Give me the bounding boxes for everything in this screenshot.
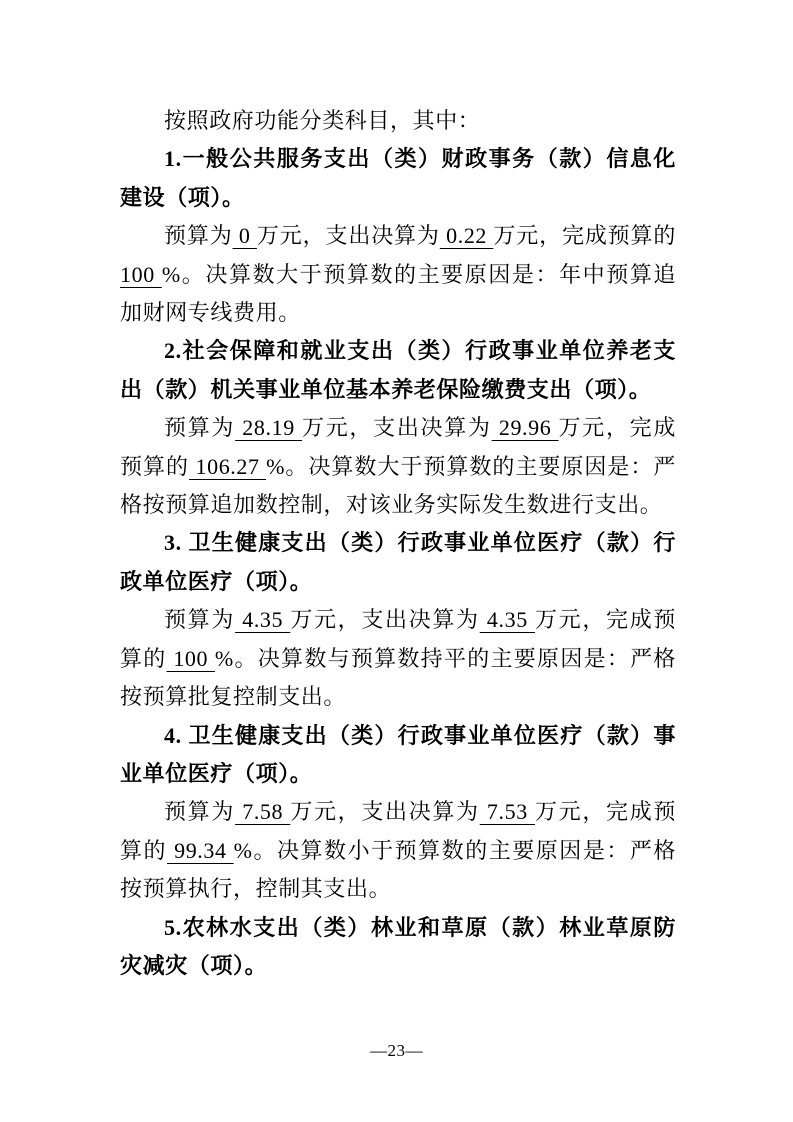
page-number: —23— — [0, 1041, 793, 1061]
text-segment: 万元，支出决算为 — [257, 223, 440, 248]
underlined-value: 7.53 — [480, 799, 535, 824]
underlined-value: 100 — [120, 262, 162, 287]
section-4-paragraph: 预算为 7.58 万元，支出决算为 7.53 万元，完成预算的 99.34 %。… — [120, 793, 676, 908]
text-segment: 预算为 — [164, 415, 235, 440]
text-segment: 预算为 — [164, 799, 235, 824]
underlined-value: 99.34 — [167, 838, 234, 863]
underlined-value: 0.22 — [440, 223, 494, 248]
text-segment: 万元，完成预算的 — [493, 223, 676, 248]
section-4-heading: 4. 卫生健康支出（类）行政事业单位医疗（款）事业单位医疗（项）。 — [120, 717, 676, 794]
section-5-heading: 5.农林水支出（类）林业和草原（款）林业草原防灾减灾（项）。 — [120, 909, 676, 986]
document-body: 按照政府功能分类科目，其中： 1.一般公共服务支出（类）财政事务（款）信息化建设… — [120, 102, 676, 985]
underlined-value: 4.35 — [480, 607, 535, 632]
section-3: 3. 卫生健康支出（类）行政事业单位医疗（款）行政单位医疗（项）。 预算为 4.… — [120, 524, 676, 716]
section-3-paragraph: 预算为 4.35 万元，支出决算为 4.35 万元，完成预算的 100 %。决算… — [120, 601, 676, 716]
text-segment: 万元，支出决算为 — [290, 799, 479, 824]
text-segment: 万元，支出决算为 — [302, 415, 492, 440]
underlined-value: 0 — [233, 223, 257, 248]
section-3-heading: 3. 卫生健康支出（类）行政事业单位医疗（款）行政单位医疗（项）。 — [120, 524, 676, 601]
document-page: 按照政府功能分类科目，其中： 1.一般公共服务支出（类）财政事务（款）信息化建设… — [0, 0, 793, 1122]
section-1-paragraph: 预算为 0 万元，支出决算为 0.22 万元，完成预算的 100 %。决算数大于… — [120, 217, 676, 332]
section-2-paragraph: 预算为 28.19 万元，支出决算为 29.96 万元，完成预算的 106.27… — [120, 409, 676, 524]
section-2-heading: 2.社会保障和就业支出（类）行政事业单位养老支出（款）机关事业单位基本养老保险缴… — [120, 332, 676, 409]
underlined-value: 7.58 — [235, 799, 290, 824]
text-segment: %。决算数大于预算数的主要原因是：年中预算追加财网专线费用。 — [120, 262, 676, 325]
underlined-value: 4.35 — [235, 607, 290, 632]
underlined-value: 28.19 — [235, 415, 302, 440]
section-1: 1.一般公共服务支出（类）财政事务（款）信息化建设（项）。 预算为 0 万元，支… — [120, 140, 676, 332]
text-segment: 预算为 — [164, 607, 235, 632]
section-1-heading: 1.一般公共服务支出（类）财政事务（款）信息化建设（项）。 — [120, 140, 676, 217]
text-segment: 预算为 — [164, 223, 233, 248]
section-5: 5.农林水支出（类）林业和草原（款）林业草原防灾减灾（项）。 — [120, 909, 676, 986]
underlined-value: 100 — [167, 646, 215, 671]
text-segment: 万元，支出决算为 — [290, 607, 479, 632]
underlined-value: 29.96 — [492, 415, 559, 440]
underlined-value: 106.27 — [189, 454, 266, 479]
section-4: 4. 卫生健康支出（类）行政事业单位医疗（款）事业单位医疗（项）。 预算为 7.… — [120, 717, 676, 909]
intro-paragraph: 按照政府功能分类科目，其中： — [120, 102, 676, 140]
section-2: 2.社会保障和就业支出（类）行政事业单位养老支出（款）机关事业单位基本养老保险缴… — [120, 332, 676, 524]
